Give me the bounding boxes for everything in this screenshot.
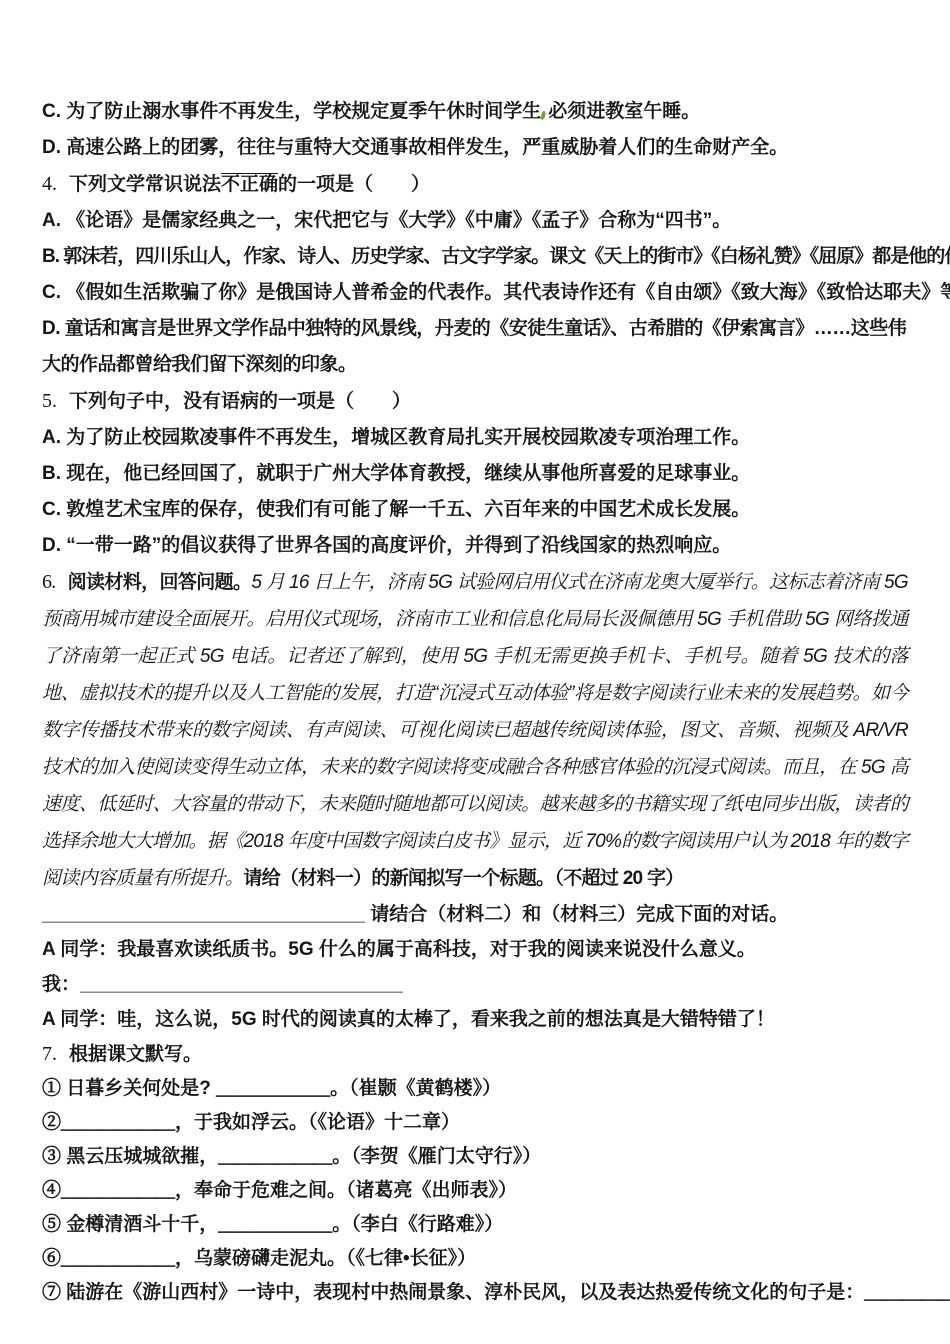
spellcheck-mark-icon — [541, 111, 547, 121]
q4-stem-text-pre: 下列文学常识说法 — [69, 174, 221, 195]
q7-item-6: ⑥＿＿＿＿＿＿，乌蒙磅礴走泥丸。（《七律•长征》） — [42, 1242, 908, 1276]
q6-paragraph: 6.阅读材料，回答问题。5 月 16 日上午，济南 5G 试验网启用仪式在济南龙… — [42, 564, 908, 897]
q3-option-d: D. 高速公路上的团雾，往往与重特大交通事故相伴发生，严重威胁着人们的生命财产全… — [42, 130, 908, 166]
q6-title-blank-line: ＿＿＿＿＿＿＿＿＿＿＿＿＿＿＿＿＿ 请结合（材料二）和（材料三）完成下面的对话。 — [42, 897, 908, 932]
q6-dialog-intro: 请结合（材料二）和（材料三）完成下面的对话。 — [365, 904, 788, 925]
q7-stem: 7.根据课文默写。 — [42, 1037, 908, 1072]
q6-dialog-me-label: 我： — [42, 974, 80, 995]
q5-number: 5. — [42, 390, 57, 412]
q6-dialog-student-a-1: A 同学：我最喜欢读纸质书。5G 什么的属于高科技，对于我的阅读来说没什么意义。 — [42, 932, 908, 967]
q4-stem-text-post: 的一项是（ ） — [278, 174, 430, 195]
q4-option-b: B. 郭沫若，四川乐山人，作家、诗人、历史学家、古文字学家。课文《天上的街市》《… — [42, 239, 908, 275]
q7-item-7: ⑦ 陆游在《游山西村》一诗中，表现村中热闹景象、淳朴民风，以及表达热爱传统文化的… — [42, 1276, 908, 1310]
q6-title-answer-blank: ＿＿＿＿＿＿＿＿＿＿＿＿＿＿＿＿＿ — [42, 904, 365, 925]
q7-item-5: ⑤ 金樽清酒斗十千，＿＿＿＿＿＿。（李白《行路难》） — [42, 1208, 908, 1242]
q5-option-d: D. “一带一路”的倡议获得了世界各国的高度评价，并得到了沿线国家的热烈响应。 — [42, 528, 908, 564]
q4-option-d: D. 童话和寓言是世界文学作品中独特的风景线，丹麦的《安徒生童话》、古希腊的《伊… — [42, 311, 908, 383]
q4-option-c: C. 《假如生活欺骗了你》是俄国诗人普希金的代表作。其代表诗作还有《自由颂》《致… — [42, 275, 908, 311]
q6-dialog-me-line: 我：＿＿＿＿＿＿＿＿＿＿＿＿＿＿＿＿＿ — [42, 967, 908, 1002]
q7-item-3: ③ 黑云压城城欲摧，＿＿＿＿＿＿。（李贺《雁门太守行》） — [42, 1140, 908, 1174]
q6-number: 6. — [42, 571, 56, 593]
q3-option-c-text-pre: C. 为了防止溺水事件不再发生，学校规定夏季午休时间学生 — [42, 101, 541, 122]
q7-number: 7. — [42, 1043, 57, 1065]
q6-dialog-student-a-2: A 同学：哇，这么说，5G 时代的阅读真的太棒了，看来我之前的想法真是大错特错了… — [42, 1002, 908, 1037]
q5-option-b: B. 现在，他已经回国了，就职于广州大学体育教授，继续从事他所喜爱的足球事业。 — [42, 456, 908, 492]
q5-option-c: C. 敦煌艺术宝库的保存，使我们有可能了解一千五、六百年来的中国艺术成长发展。 — [42, 492, 908, 528]
q5-option-a: A. 为了防止校园欺凌事件不再发生，增城区教育局扎实开展校园欺凌专项治理工作。 — [42, 420, 908, 456]
q3-option-c: C. 为了防止溺水事件不再发生，学校规定夏季午休时间学生必须进教室午睡。 — [42, 94, 908, 130]
q7-item-1: ① 日暮乡关何处是? ＿＿＿＿＿＿。（崔颢《黄鹤楼》） — [42, 1072, 908, 1106]
q7-item-4: ④＿＿＿＿＿＿，奉命于危难之间。（诸葛亮《出师表》） — [42, 1174, 908, 1208]
q7-stem-text: 根据课文默写。 — [69, 1044, 202, 1065]
q6-task: 请给（材料一）的新闻拟写一个标题。（不超过 20 字） — [243, 868, 683, 889]
q5-stem: 5.下列句子中，没有语病的一项是（ ） — [42, 383, 908, 420]
q5-stem-text: 下列句子中，没有语病的一项是（ ） — [69, 391, 411, 412]
q4-stem-emphasis: 不正确 — [221, 174, 278, 195]
q4-stem: 4.下列文学常识说法不正确的一项是（ ） — [42, 166, 908, 203]
q4-option-a: A. 《论语》是儒家经典之一，宋代把它与《大学》《中庸》《孟子》合称为“四书”。 — [42, 203, 908, 239]
q3-option-c-text-post: 必须进教室午睡。 — [548, 101, 700, 122]
q7-item-2: ②＿＿＿＿＿＿，于我如浮云。（《论语》十二章） — [42, 1106, 908, 1140]
q4-number: 4. — [42, 173, 57, 195]
q6-dialog-me-answer-blank: ＿＿＿＿＿＿＿＿＿＿＿＿＿＿＿＿＿ — [80, 974, 403, 995]
q6-material-text: 5 月 16 日上午，济南 5G 试验网启用仪式在济南龙奥大厦举行。这标志着济南… — [42, 572, 908, 889]
exam-page: C. 为了防止溺水事件不再发生，学校规定夏季午休时间学生必须进教室午睡。 D. … — [0, 0, 950, 1310]
q6-intro: 阅读材料，回答问题。 — [68, 572, 252, 593]
